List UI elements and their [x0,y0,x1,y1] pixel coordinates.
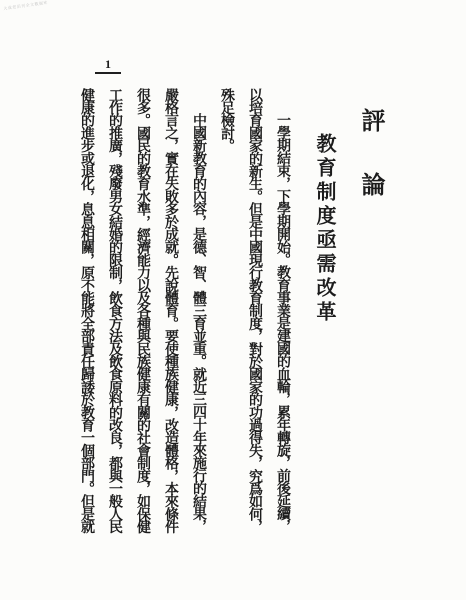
text-column: 一學期結束，下學期開始。教育事業是建國的血輪，累年轉旋，前後延續， [275,113,290,532]
text-column: 很多。國民的教育水準，經濟能力以及各種與民族健康有關的社會制度，如保健 [135,88,150,533]
text-column: 健康的進步或退化，息息相關，原不能將全部責任歸諉於教育一個部門。但是就 [79,88,94,533]
text-column: 以培育國家的新生。但是中國現行教育制度，對於國家的功過得失，究爲如何， [247,88,262,533]
text-column: 嚴格言之，實在失敗多於成就。先說體育。要使種族健康，改造體格，本來條件 [163,88,178,533]
article-section-title: 評 論 [353,108,388,204]
text-column: 工作的推廣，殘廢男女結婚的限制，飲食方法及飲食原料的改良，都與一般人民 [107,88,122,533]
article-title: 教育制度亟需改革 [310,133,339,325]
database-watermark: 大成老旧刊全文数据库 [3,0,48,12]
page-number: 1 [95,58,121,74]
scanned-book-page: 大成老旧刊全文数据库 1 評 論 教育制度亟需改革 一學期結束，下學期開始。教育… [0,0,466,600]
text-column: 中國新教育的內容，是德、智、體三育並重。就近三四十年來施行的結果， [191,113,206,532]
text-column: 殊足檢討。 [219,88,234,152]
